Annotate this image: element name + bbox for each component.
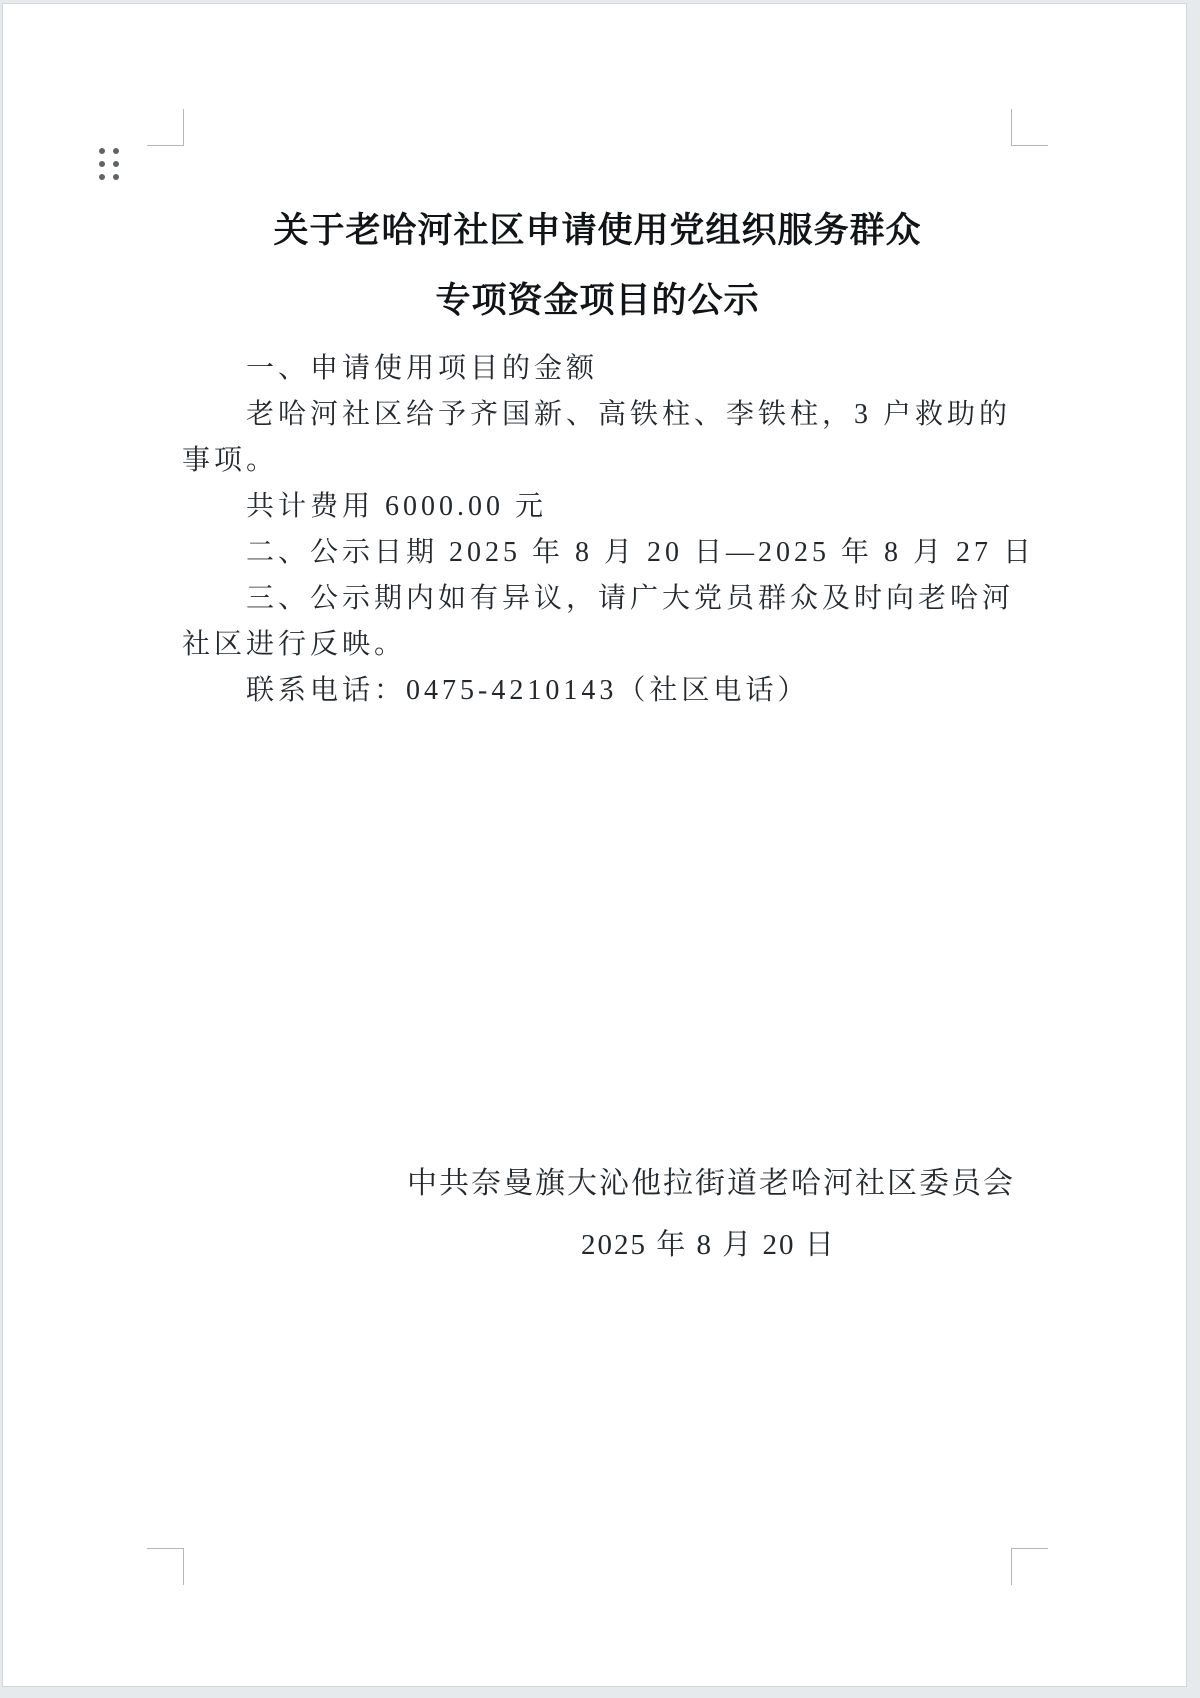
- body-line-section-2-dates: 二、公示日期 2025 年 8 月 20 日—2025 年 8 月 27 日: [246, 530, 1035, 570]
- crop-mark-bottom-left-icon: [147, 1548, 184, 1585]
- document-title-line-2: 专项资金项目的公示: [182, 273, 1013, 323]
- body-line-section-3-objection: 三、公示期内如有异议，请广大党员群众及时向老哈河: [246, 576, 1014, 616]
- document-viewer: { "page": { "background_color": "#e6eaed…: [0, 0, 1200, 1698]
- crop-mark-bottom-right-icon: [1011, 1548, 1048, 1585]
- body-line-section-1-heading: 一、申请使用项目的金额: [246, 346, 598, 386]
- body-line-contact-phone: 联系电话：0475-4210143（社区电话）: [246, 668, 809, 708]
- body-line-recipients: 老哈河社区给予齐国新、高铁柱、李铁柱，3 户救助的: [246, 392, 1011, 432]
- body-line-section-3-cont: 社区进行反映。: [182, 622, 406, 662]
- body-line-total-cost: 共计费用 6000.00 元: [246, 484, 547, 524]
- body-line-recipients-cont: 事项。: [182, 438, 278, 478]
- signature-committee-name: 中共奈曼旗大沁他拉街道老哈河社区委员会: [182, 1158, 1015, 1202]
- signature-date: 2025 年 8 月 20 日: [581, 1222, 836, 1263]
- crop-mark-top-left-icon: [147, 109, 184, 146]
- drag-handle-icon[interactable]: [99, 148, 121, 184]
- crop-mark-top-right-icon: [1011, 109, 1048, 146]
- document-page: 关于老哈河社区申请使用党组织服务群众 专项资金项目的公示 一、申请使用项目的金额…: [2, 3, 1187, 1687]
- document-title-line-1: 关于老哈河社区申请使用党组织服务群众: [182, 203, 1013, 253]
